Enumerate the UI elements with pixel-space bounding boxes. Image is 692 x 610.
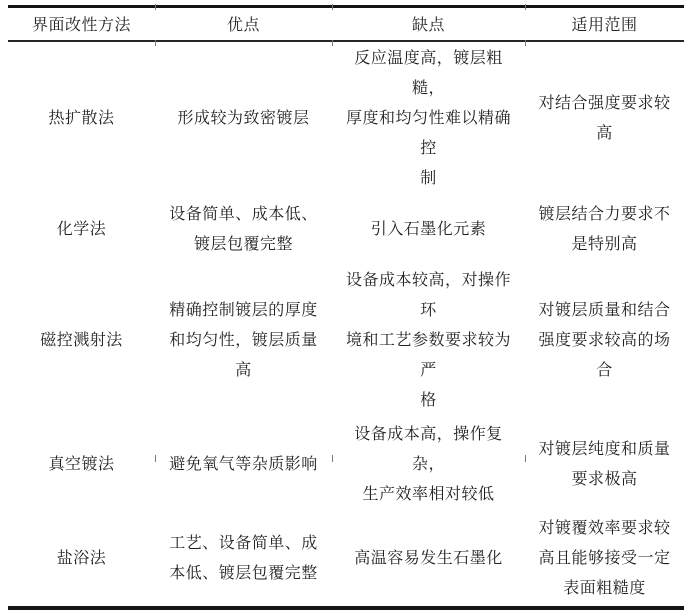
cell-scope: 对结合强度要求较 高 <box>525 41 684 196</box>
column-boundary-tick <box>155 4 156 10</box>
cell-disadvantages: 设备成本较高，对操作环 境和工艺参数要求较为严 格 <box>332 264 525 418</box>
cell-scope: 镀层结合力要求不 是特别高 <box>525 196 684 264</box>
table-row-thermal-diffusion: 热扩散法 形成较为致密镀层 反应温度高，镀层粗糙， 厚度和均匀性难以精确控 制 … <box>8 41 684 196</box>
column-boundary-tick <box>332 40 333 46</box>
cell-method: 真空镀法 <box>8 418 155 512</box>
cell-method: 热扩散法 <box>8 41 155 196</box>
table-row-chemical: 化学法 设备简单、成本低、 镀层包覆完整 引入石墨化元素 镀层结合力要求不 是特… <box>8 196 684 264</box>
cell-advantages: 精确控制镀层的厚度 和均匀性，镀层质量 高 <box>155 264 332 418</box>
table-row-vacuum-plating: 真空镀法 避免氧气等杂质影响 设备成本高，操作复杂， 生产效率相对较低 对镀层纯… <box>8 418 684 512</box>
column-boundary-tick <box>525 40 526 46</box>
cell-scope: 对镀覆效率要求较 高且能够接受一定 表面粗糙度 <box>525 512 684 608</box>
cell-advantages: 形成较为致密镀层 <box>155 41 332 196</box>
header-cell-disadvantages: 缺点 <box>332 7 525 41</box>
cell-disadvantages: 反应温度高，镀层粗糙， 厚度和均匀性难以精确控 制 <box>332 41 525 196</box>
column-boundary-tick <box>332 455 333 462</box>
column-boundary-tick <box>155 455 156 462</box>
table-row-magnetron-sputtering: 磁控溅射法 精确控制镀层的厚度 和均匀性，镀层质量 高 设备成本较高，对操作环 … <box>8 264 684 418</box>
cell-scope: 对镀层质量和结合 强度要求较高的场 合 <box>525 264 684 418</box>
cell-method: 化学法 <box>8 196 155 264</box>
column-boundary-tick <box>332 4 333 10</box>
cell-disadvantages: 设备成本高，操作复杂， 生产效率相对较低 <box>332 418 525 512</box>
header-cell-method: 界面改性方法 <box>8 7 155 41</box>
interface-modification-comparison-table: 界面改性方法 优点 缺点 适用范围 热扩散法 形成较为致密镀层 反应温度高，镀层… <box>8 5 684 610</box>
cell-advantages: 设备简单、成本低、 镀层包覆完整 <box>155 196 332 264</box>
header-cell-advantages: 优点 <box>155 7 332 41</box>
cell-method: 盐浴法 <box>8 512 155 608</box>
table-row-salt-bath: 盐浴法 工艺、设备简单、成 本低、镀层包覆完整 高温容易发生石墨化 对镀覆效率要… <box>8 512 684 608</box>
cell-scope: 对镀层纯度和质量 要求极高 <box>525 418 684 512</box>
cell-disadvantages: 高温容易发生石墨化 <box>332 512 525 608</box>
column-boundary-tick <box>155 40 156 46</box>
column-boundary-tick <box>525 455 526 462</box>
comparison-table: 界面改性方法 优点 缺点 适用范围 热扩散法 形成较为致密镀层 反应温度高，镀层… <box>8 5 684 610</box>
cell-advantages: 避免氧气等杂质影响 <box>155 418 332 512</box>
header-cell-scope: 适用范围 <box>525 7 684 41</box>
cell-disadvantages: 引入石墨化元素 <box>332 196 525 264</box>
header-row: 界面改性方法 优点 缺点 适用范围 <box>8 7 684 41</box>
cell-method: 磁控溅射法 <box>8 264 155 418</box>
column-boundary-tick <box>525 4 526 10</box>
cell-advantages: 工艺、设备简单、成 本低、镀层包覆完整 <box>155 512 332 608</box>
